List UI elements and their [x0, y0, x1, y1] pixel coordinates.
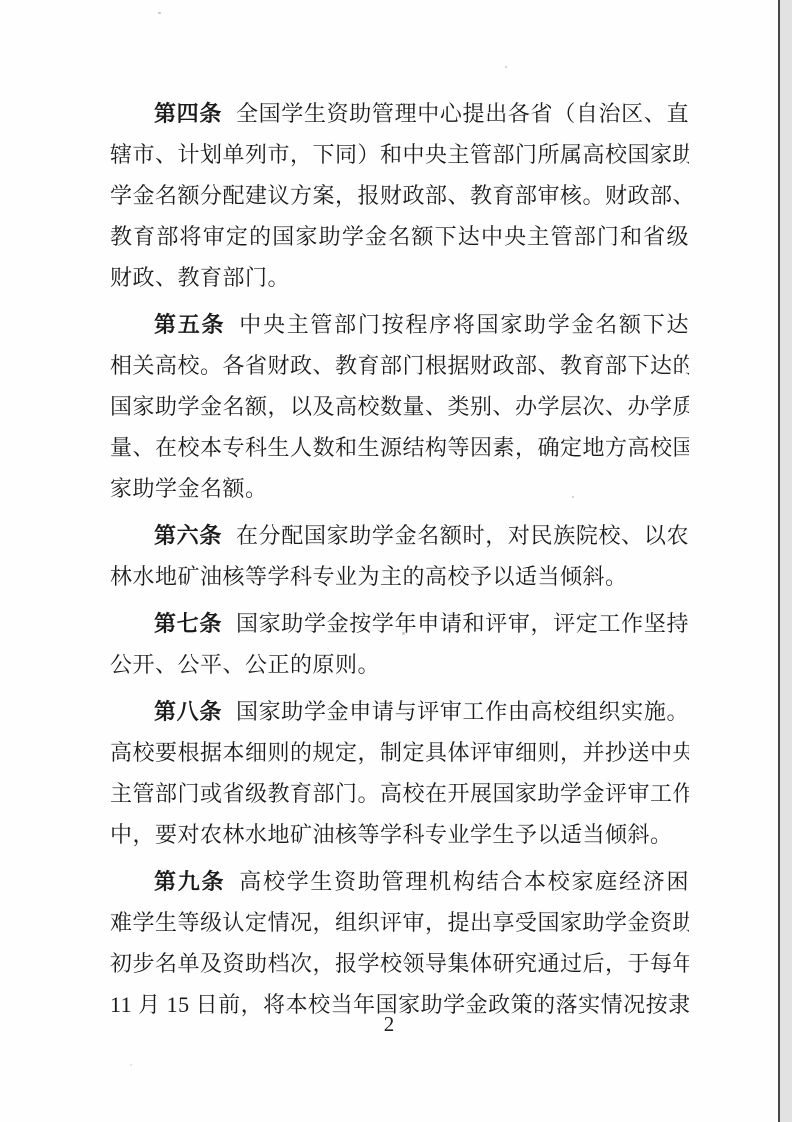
text-line: 第四条全国学生资助管理中心提出各省（自治区、直 [110, 93, 689, 134]
text-line: 第七条国家助学金按学年申请和评审，评定工作坚持 [110, 603, 689, 644]
article-text: 国家助学金申请与评审工作由高校组织实施。 [236, 699, 689, 724]
text-line: 国家助学金名额，以及高校数量、类别、办学层次、办学质 [110, 386, 689, 427]
paragraph: 第九条高校学生资助管理机构结合本校家庭经济困难学生等级认定情况，组织评审，提出享… [110, 861, 689, 1025]
paragraph: 第四条全国学生资助管理中心提出各省（自治区、直辖市、计划单列市，下同）和中央主管… [110, 93, 689, 298]
article-text: 全国学生资助管理中心提出各省（自治区、直 [236, 101, 689, 126]
text-line: 初步名单及资助档次，报学校领导集体研究通过后，于每年 [110, 943, 689, 984]
article-number: 第七条 [154, 611, 222, 636]
article-text: 中央主管部门按程序将国家助学金名额下达 [239, 312, 689, 337]
text-line: 财政、教育部门。 [110, 257, 689, 298]
article-text: 高校学生资助管理机构结合本校家庭经济困 [239, 869, 689, 894]
scan-edge-band [780, 0, 792, 1122]
text-line: 第八条国家助学金申请与评审工作由高校组织实施。 [110, 691, 689, 732]
text-line: 教育部将审定的国家助学金名额下达中央主管部门和省级 [110, 216, 689, 257]
document-page: 第四条全国学生资助管理中心提出各省（自治区、直辖市、计划单列市，下同）和中央主管… [0, 0, 792, 1122]
text-line: 学金名额分配建议方案，报财政部、教育部审核。财政部、 [110, 175, 689, 216]
paragraph: 第五条中央主管部门按程序将国家助学金名额下达相关高校。各省财政、教育部门根据财政… [110, 304, 689, 509]
article-number: 第六条 [154, 523, 222, 548]
paragraph: 第八条国家助学金申请与评审工作由高校组织实施。高校要根据本细则的规定，制定具体评… [110, 691, 689, 855]
text-line: 公开、公平、公正的原则。 [110, 644, 689, 685]
scan-speck [505, 66, 507, 68]
text-line: 主管部门或省级教育部门。高校在开展国家助学金评审工作 [110, 773, 689, 814]
article-number: 第四条 [154, 101, 222, 126]
scan-speck [158, 12, 161, 14]
text-line: 相关高校。各省财政、教育部门根据财政部、教育部下达的 [110, 345, 689, 386]
text-line: 辖市、计划单列市，下同）和中央主管部门所属高校国家助 [110, 134, 689, 175]
article-number: 第九条 [154, 869, 225, 894]
article-text: 国家助学金按学年申请和评审，评定工作坚持 [236, 611, 689, 636]
scan-speck [402, 632, 405, 635]
paragraph: 第七条国家助学金按学年申请和评审，评定工作坚持公开、公平、公正的原则。 [110, 603, 689, 685]
text-line: 林水地矿油核等学科专业为主的高校予以适当倾斜。 [110, 556, 689, 597]
text-line: 第五条中央主管部门按程序将国家助学金名额下达 [110, 304, 689, 345]
text-line: 量、在校本专科生人数和生源结构等因素，确定地方高校国 [110, 427, 689, 468]
page-number: 2 [0, 1012, 778, 1037]
text-line: 家助学金名额。 [110, 468, 689, 509]
document-body: 第四条全国学生资助管理中心提出各省（自治区、直辖市、计划单列市，下同）和中央主管… [110, 93, 689, 1031]
text-line: 高校要根据本细则的规定，制定具体评审细则，并抄送中央 [110, 732, 689, 773]
text-line: 第九条高校学生资助管理机构结合本校家庭经济困 [110, 861, 689, 902]
scan-speck [130, 1064, 132, 1066]
paragraph: 第六条在分配国家助学金名额时，对民族院校、以农林水地矿油核等学科专业为主的高校予… [110, 515, 689, 597]
scan-speck [572, 496, 574, 498]
text-line: 中，要对农林水地矿油核等学科专业学生予以适当倾斜。 [110, 814, 689, 855]
text-line: 第六条在分配国家助学金名额时，对民族院校、以农 [110, 515, 689, 556]
article-text: 在分配国家助学金名额时，对民族院校、以农 [236, 523, 689, 548]
article-number: 第八条 [154, 699, 222, 724]
text-line: 难学生等级认定情况，组织评审，提出享受国家助学金资助 [110, 902, 689, 943]
article-number: 第五条 [154, 312, 225, 337]
